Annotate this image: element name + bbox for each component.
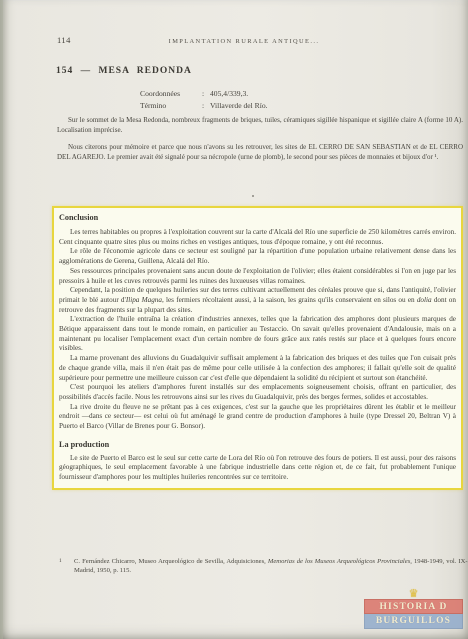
- conclusion-paragraph: La rive droite du fleuve ne se prêtant p…: [59, 403, 456, 432]
- colon: :: [202, 88, 210, 100]
- footnote-text: C. Fernández Chicarro, Museo Arqueológic…: [74, 558, 268, 565]
- conclusion-paragraph: Cependant, la position de quelques huile…: [59, 286, 456, 315]
- footnote-citation-title: Memorias de los Museos Arqueológicos Pro…: [268, 558, 412, 565]
- termino-value: Villaverde del Río.: [210, 100, 268, 112]
- paragraph-site-description: Sur le sommet de la Mesa Redonda, nombre…: [57, 116, 463, 135]
- conclusion-paragraph: Le rôle de l'économie agricole dans ce s…: [59, 247, 456, 266]
- conclusion-paragraph: La marne provenant des alluvions du Guad…: [59, 354, 456, 383]
- production-heading: La production: [59, 440, 456, 449]
- paragraph-memoire: Nous citerons pour mémoire et parce que …: [57, 143, 463, 162]
- footnote-marker: 1: [59, 557, 62, 566]
- coordinates-row: Coordonnées : 405,4/339,3.: [140, 88, 268, 100]
- coordinates-value: 405,4/339,3.: [210, 88, 248, 100]
- conclusion-paragraph: L'extraction de l'huile entraîna la créa…: [59, 315, 456, 354]
- termino-label: Término: [140, 100, 202, 112]
- page-number: 114: [57, 35, 71, 45]
- termino-row: Término : Villaverde del Río.: [140, 100, 268, 112]
- scanned-document-page: 114 IMPLANTATION RURALE ANTIQUE... 154 —…: [0, 0, 468, 639]
- colon: :: [202, 100, 210, 112]
- production-paragraph: Le site de Puerto el Barco est le seul s…: [59, 454, 456, 483]
- entry-heading: 154 — MESA REDONDA: [56, 66, 192, 76]
- paragraph-segment: , les fermiers récoltaient aussi, à la s…: [162, 296, 417, 304]
- coordinates-block: Coordonnées : 405,4/339,3. Término : Vil…: [140, 88, 268, 111]
- coordinates-label: Coordonnées: [140, 88, 202, 100]
- scan-artifact-dot: [252, 195, 254, 197]
- stamp-line2: BURGUILLOS: [376, 616, 451, 626]
- conclusion-paragraph: Les terres habitables ou propres à l'exp…: [59, 228, 456, 247]
- highlighted-conclusion-box: Conclusion Les terres habitables ou prop…: [52, 206, 463, 490]
- latin-term-ilipa-magna: Ilipa Magna: [126, 296, 162, 304]
- running-header: IMPLANTATION RURALE ANTIQUE...: [104, 38, 384, 45]
- stamp-line1: HISTORIA D: [379, 602, 447, 612]
- conclusion-paragraph: C'est pourquoi les ateliers d'amphores f…: [59, 383, 456, 402]
- stamp-band-top: HISTORIA D: [364, 599, 463, 614]
- conclusion-paragraph: Ses ressources principales provenaient s…: [59, 267, 456, 286]
- conclusion-body: Les terres habitables ou propres à l'exp…: [59, 228, 456, 483]
- historia-de-burguillos-stamp: ♛ HISTORIA D BURGUILLOS: [364, 590, 463, 629]
- crown-icon: ♛: [364, 590, 463, 599]
- conclusion-heading: Conclusion: [59, 213, 456, 222]
- latin-term-dolia: dolia: [417, 296, 432, 304]
- stamp-band-bottom: BURGUILLOS: [364, 614, 463, 629]
- footnote: 1C. Fernández Chicarro, Museo Arqueológi…: [57, 557, 468, 575]
